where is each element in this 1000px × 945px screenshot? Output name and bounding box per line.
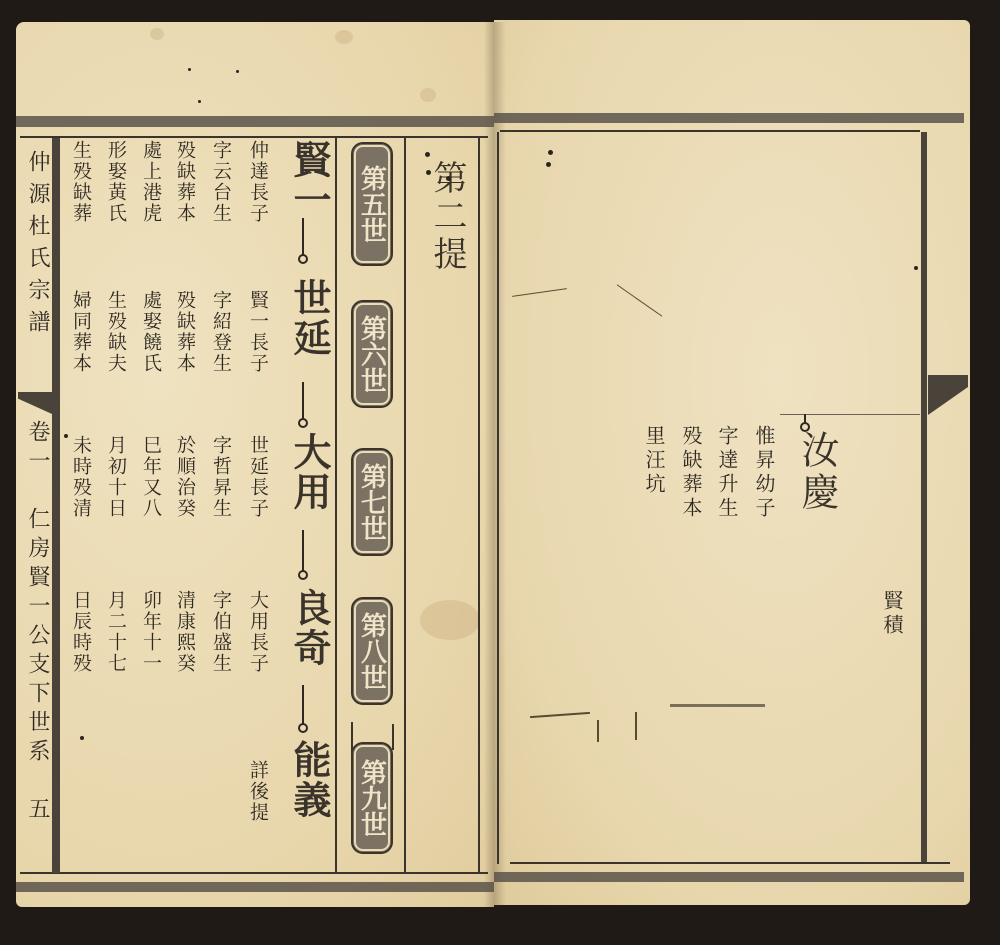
bio-col-lower: 殁缺葬本 xyxy=(172,290,199,374)
punctuation-dot xyxy=(446,176,451,181)
lineage-name: 世延 xyxy=(282,278,337,358)
ink-mark xyxy=(351,722,353,754)
ink-speck xyxy=(80,736,84,740)
inner-top-rule xyxy=(20,136,488,138)
see-later-note: 詳後提 xyxy=(245,760,272,823)
ink-speck xyxy=(198,100,201,103)
bio-col-upper: 於順治癸 xyxy=(172,435,199,519)
generation-badge-5: 第五世 xyxy=(351,142,393,266)
inner-top-rule xyxy=(500,130,920,132)
lineage-connector xyxy=(302,685,304,725)
ink-mark xyxy=(392,724,394,750)
generation-label: 第九世 xyxy=(354,759,391,837)
generation-label: 第七世 xyxy=(354,463,391,541)
bio-col-lower: 處娶饒氏 xyxy=(138,290,165,374)
book-title: 仲源杜氏宗譜 xyxy=(22,150,53,342)
bio-col-lower: 大用長子 xyxy=(245,590,272,674)
person-detail: 字達升生 xyxy=(713,425,742,521)
punctuation-dot xyxy=(425,152,430,157)
bio-col-upper: 字云台生 xyxy=(208,140,235,224)
side-name: 賢積 xyxy=(878,590,907,638)
margin-divider xyxy=(921,132,927,862)
generation-badge-9: 第九世 xyxy=(351,742,393,854)
generation-badge-6: 第六世 xyxy=(351,300,393,408)
paper-stain xyxy=(420,88,436,102)
ink-speck xyxy=(64,434,68,438)
bio-col-lower: 生殁缺夫 xyxy=(103,290,130,374)
bio-col-upper: 殁缺葬本 xyxy=(172,140,199,224)
faded-ink-mark xyxy=(670,704,765,707)
bio-col-lower: 賢一長子 xyxy=(245,290,272,374)
person-detail: 里汪坑 xyxy=(640,425,669,497)
bio-col-lower: 字伯盛生 xyxy=(208,590,235,674)
ink-speck xyxy=(236,70,239,73)
person-detail: 惟昇幼子 xyxy=(750,425,779,521)
bio-col-upper: 月初十日 xyxy=(103,435,130,519)
badge-column-rule-right xyxy=(404,138,406,873)
volume-section-label: 卷一 仁房賢一公支下世系 五 xyxy=(22,420,53,826)
person-detail: 殁缺葬本 xyxy=(677,425,706,521)
bio-col-lower: 月二十七 xyxy=(103,590,130,674)
lineage-name: 能義 xyxy=(282,740,337,820)
bio-col-upper: 處上港虎 xyxy=(138,140,165,224)
top-border-band xyxy=(16,116,494,127)
person-name: 汝慶 xyxy=(790,430,845,514)
top-border-band xyxy=(494,113,964,123)
ink-speck xyxy=(548,150,553,155)
bio-col-upper: 字哲昇生 xyxy=(208,435,235,519)
bio-col-lower: 婦同葬本 xyxy=(68,290,95,374)
lineage-connector-horizontal xyxy=(780,414,920,415)
paper-stain xyxy=(420,600,480,640)
bio-col-upper: 仲達長子 xyxy=(245,140,272,224)
heading-column-rule xyxy=(478,138,480,873)
bio-col-upper: 形娶黃氏 xyxy=(103,140,130,224)
generation-badge-8: 第八世 xyxy=(351,597,393,705)
lineage-connector xyxy=(302,530,304,572)
lineage-connector xyxy=(302,382,304,420)
ink-speck xyxy=(188,68,191,71)
bio-col-upper: 未時殁清 xyxy=(68,435,95,519)
bio-col-lower: 清康熙癸 xyxy=(172,590,199,674)
ink-mark xyxy=(635,712,637,740)
lineage-name: 大用 xyxy=(282,432,337,512)
inner-bottom-rule xyxy=(510,862,950,864)
bio-col-upper: 巳年又八 xyxy=(138,435,165,519)
book-spine xyxy=(484,22,506,907)
generation-badge-7: 第七世 xyxy=(351,448,393,556)
lineage-name: 良奇 xyxy=(282,588,337,668)
generation-label: 第五世 xyxy=(354,165,391,243)
bio-col-upper: 世延長子 xyxy=(245,435,272,519)
ink-mark xyxy=(597,720,599,742)
ink-speck xyxy=(546,162,551,167)
lineage-connector xyxy=(804,414,806,424)
generation-label: 第六世 xyxy=(354,315,391,393)
punctuation-dot xyxy=(426,170,431,175)
paper-stain xyxy=(335,30,353,44)
ink-speck xyxy=(914,266,918,270)
bottom-border-band xyxy=(494,872,964,882)
bottom-border-band xyxy=(16,882,494,892)
bio-col-lower: 日辰時殁 xyxy=(68,590,95,674)
left-frame-rule xyxy=(497,132,499,864)
paper-stain xyxy=(150,28,164,40)
bio-col-lower: 字紹登生 xyxy=(208,290,235,374)
lineage-name: 賢一 xyxy=(282,140,337,220)
generation-label: 第八世 xyxy=(354,612,391,690)
bio-col-upper: 生殁缺葬 xyxy=(68,140,95,224)
margin-divider xyxy=(52,138,60,873)
inner-bottom-rule xyxy=(20,872,488,874)
lineage-connector xyxy=(302,218,304,256)
bio-col-lower: 卯年十一 xyxy=(138,590,165,674)
